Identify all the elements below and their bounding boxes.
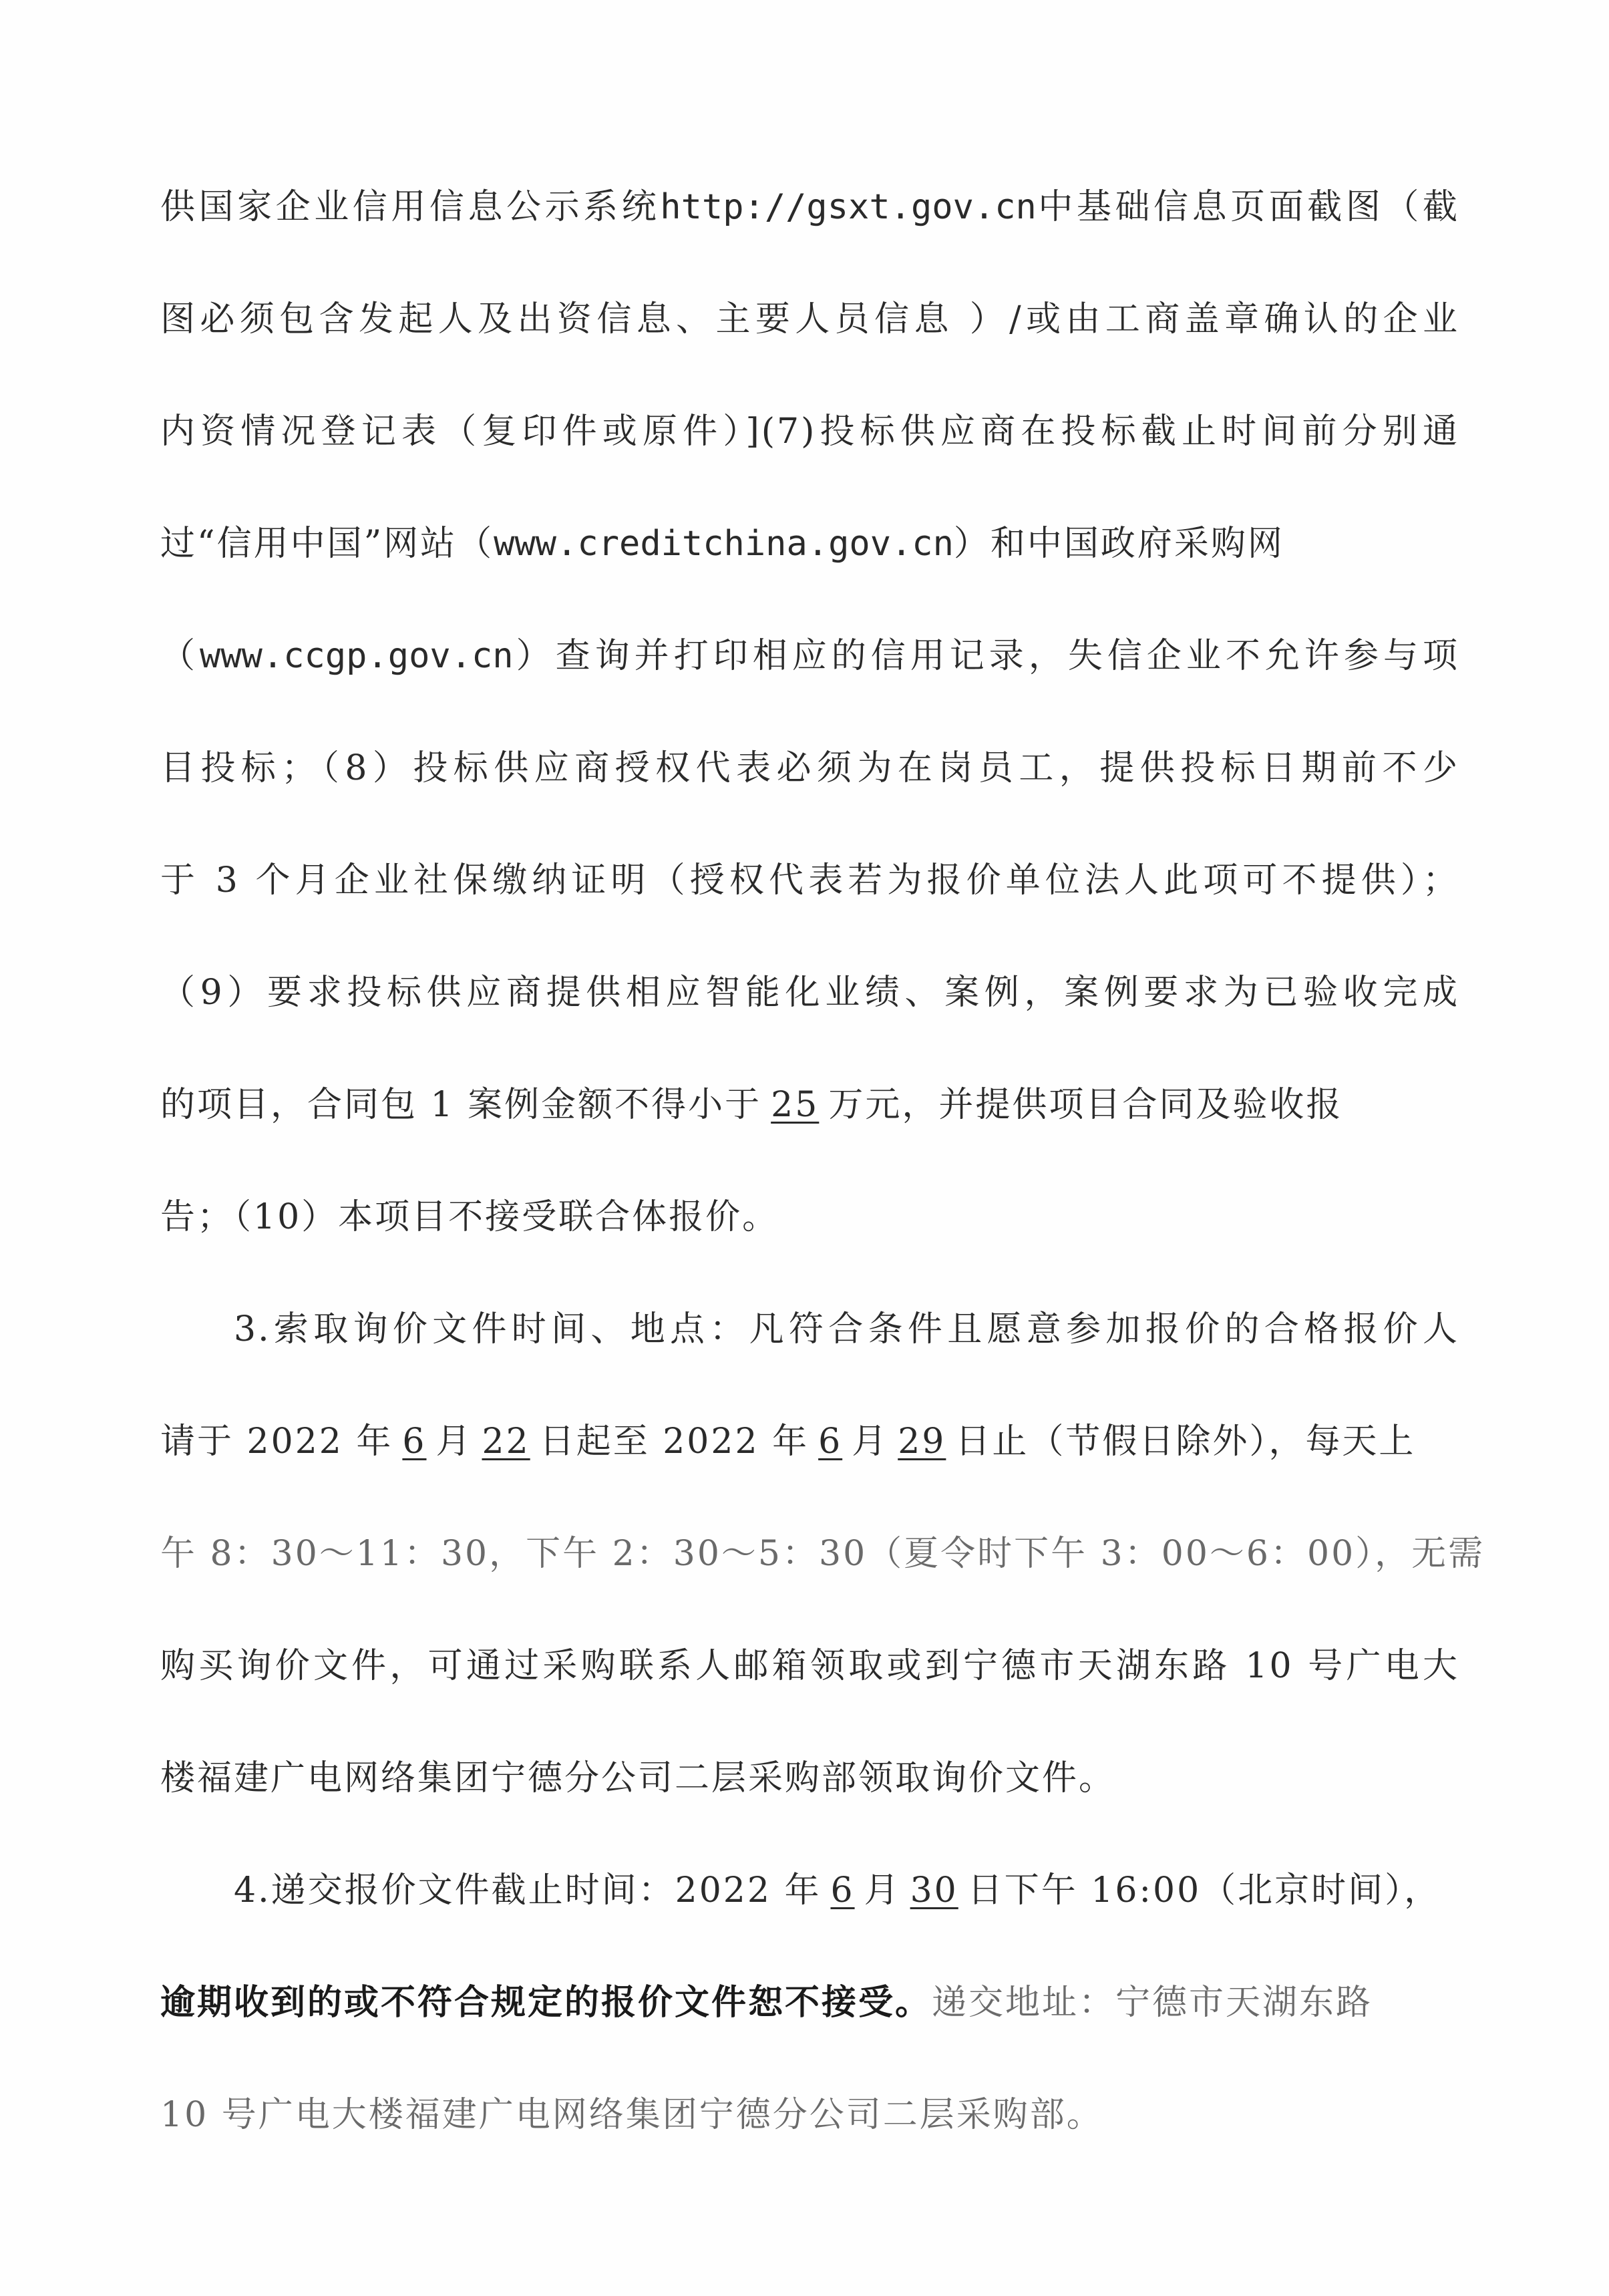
text-segment: 4.递交报价文件截止时间：2022 年 bbox=[234, 1870, 821, 1911]
text-segment: 递交地址：宁德市天湖东路 bbox=[932, 1983, 1373, 2023]
text-segment: ）查询并打印相应的信用记录，失信企业不允许参与项 bbox=[514, 636, 1459, 676]
scanned-document-page: 供国家企业信用信息公示系统http://gsxt.gov.cn中基础信息页面截图… bbox=[0, 0, 1609, 2296]
text-segment: 过“信用中国”网站（ bbox=[160, 524, 494, 564]
section-4-address: 10 号广电大楼福建广电网络集团宁德分公司二层采购部。 bbox=[160, 2078, 1459, 2152]
section-3-location-cont: 楼福建广电网络集团宁德分公司二层采购部领取询价文件。 bbox=[160, 1742, 1459, 1815]
doc-line-1: 供国家企业信用信息公示系统http://gsxt.gov.cn中基础信息页面截图… bbox=[160, 170, 1459, 244]
section-3-heading: 3.索取询价文件时间、地点：凡符合条件且愿意参加报价的合格报价人 bbox=[234, 1293, 1459, 1366]
deadline-month: 6 bbox=[821, 1870, 864, 1911]
text-segment: 日止（节假日除外），每天上 bbox=[955, 1422, 1415, 1462]
link-gsxt: http://gsxt.gov.cn bbox=[660, 187, 1037, 227]
section-4-deadline: 4.递交报价文件截止时间：2022 年6月30日下午 16:00（北京时间）， bbox=[234, 1854, 1459, 1927]
doc-line-9: 的项目，合同包 1 案例金额不得小于25万元，并提供项目合同及验收报 bbox=[160, 1068, 1459, 1142]
text-segment: （ bbox=[160, 636, 200, 676]
doc-line-7: 于 3 个月企业社保缴纳证明（授权代表若为报价单位法人此项可不提供）； bbox=[160, 844, 1459, 917]
section-4-notice: 逾期收到的或不符合规定的报价文件恕不接受。递交地址：宁德市天湖东路 bbox=[160, 1966, 1459, 2039]
doc-line-3: 内资情况登记表（复印件或原件）](7)投标供应商在投标截止时间前分别通 bbox=[160, 395, 1459, 468]
late-submission-warning: 逾期收到的或不符合规定的报价文件恕不接受。 bbox=[160, 1982, 932, 2023]
text-segment: 请于 2022 年 bbox=[160, 1422, 393, 1462]
text-segment: ）和中国政府采购网 bbox=[954, 524, 1284, 564]
section-3-hours: 午 8：30～11：30，下午 2：30～5：30（夏令时下午 3：00～6：0… bbox=[160, 1517, 1459, 1591]
start-month: 6 bbox=[393, 1422, 435, 1462]
doc-line-8: （9）要求投标供应商提供相应智能化业绩、案例，案例要求为已验收完成 bbox=[160, 956, 1459, 1029]
doc-line-10: 告；（10）本项目不接受联合体报价。 bbox=[160, 1180, 1459, 1254]
text-segment: 月 bbox=[436, 1422, 473, 1462]
text-segment: 日起至 2022 年 bbox=[540, 1422, 809, 1462]
section-3-dates: 请于 2022 年6月22日起至 2022 年6月29日止（节假日除外），每天上 bbox=[160, 1405, 1459, 1478]
end-month: 6 bbox=[809, 1422, 852, 1462]
text-segment: 的项目，合同包 1 案例金额不得小于 bbox=[160, 1085, 761, 1125]
section-3-location: 购买询价文件，可通过采购联系人邮箱领取或到宁德市天湖东路 10 号广电大 bbox=[160, 1629, 1459, 1703]
text-segment: 中基础信息页面截图（截 bbox=[1037, 187, 1459, 227]
case-amount-value: 25 bbox=[761, 1085, 828, 1125]
link-creditchina: www.creditchina.gov.cn bbox=[494, 524, 954, 564]
text-segment: 日下午 16:00（北京时间）， bbox=[968, 1870, 1441, 1911]
doc-line-6: 目投标；（8）投标供应商授权代表必须为在岗员工，提供投标日期前不少 bbox=[160, 731, 1459, 805]
text-segment: 月 bbox=[852, 1422, 888, 1462]
text-segment: 万元，并提供项目合同及验收报 bbox=[828, 1085, 1343, 1125]
doc-line-2: 图必须包含发起人及出资信息、主要人员信息 ）/或由工商盖章确认的企业 bbox=[160, 283, 1459, 356]
start-day: 22 bbox=[473, 1422, 540, 1462]
doc-line-4: 过“信用中国”网站（www.creditchina.gov.cn）和中国政府采购… bbox=[160, 507, 1459, 581]
text-segment: 供国家企业信用信息公示系统 bbox=[160, 187, 660, 227]
link-ccgp: www.ccgp.gov.cn bbox=[200, 636, 514, 676]
deadline-day: 30 bbox=[901, 1870, 968, 1911]
text-segment: 月 bbox=[864, 1870, 901, 1911]
doc-line-5: （www.ccgp.gov.cn）查询并打印相应的信用记录，失信企业不允许参与项 bbox=[160, 619, 1459, 693]
end-day: 29 bbox=[888, 1422, 955, 1462]
